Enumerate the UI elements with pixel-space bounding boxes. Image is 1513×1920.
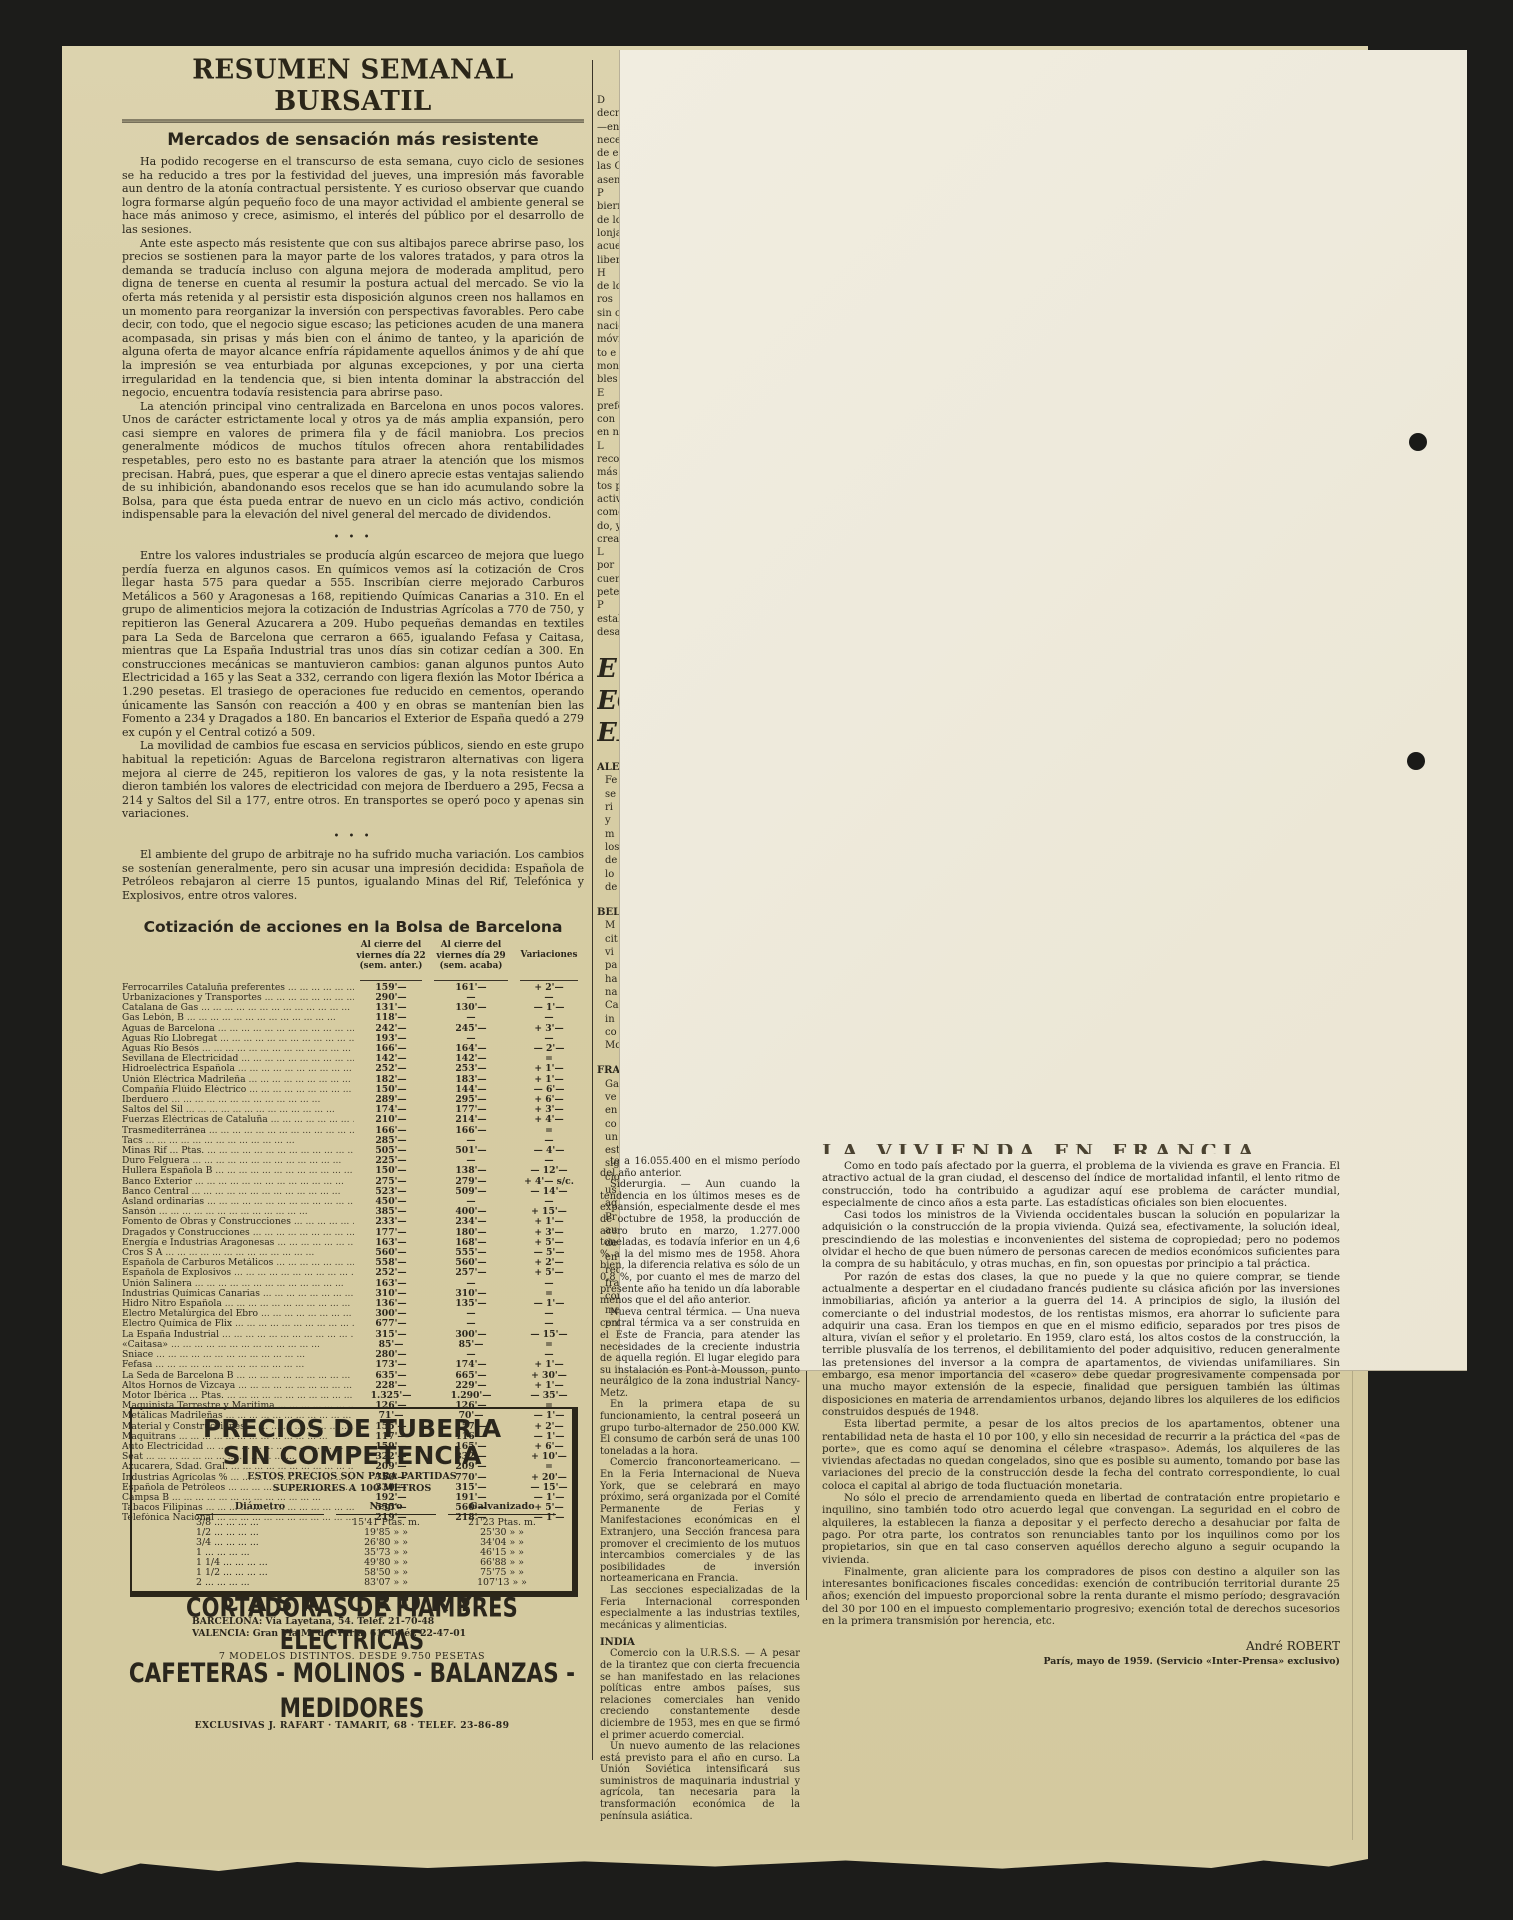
table-row: Saltos del Sil174'—177'—+ 3'— bbox=[122, 1105, 584, 1115]
cell-name: Catalana de Gas bbox=[122, 1003, 354, 1013]
table-row: «Caitasa»85'—85'—= bbox=[122, 1340, 584, 1350]
cell-name: Motor Ibérica ... Ptas. bbox=[122, 1391, 354, 1401]
paragraph: Comercio franconorteamericano. — En la F… bbox=[600, 1457, 800, 1585]
cell-name: Aguas Río Besós bbox=[122, 1044, 354, 1054]
cell-galv: 107'13 » » bbox=[442, 1578, 562, 1588]
paragraph: Ante este aspecto más resistente que con… bbox=[122, 237, 584, 400]
cell-name: Sevillana de Electricidad bbox=[122, 1054, 354, 1064]
table-row: Cros S A560'—555'—— 5'— bbox=[122, 1248, 584, 1258]
paragraph-text: En la primera etapa de su funcionamiento… bbox=[600, 1399, 800, 1456]
paragraph-text: En la Feria Internacional de Nueva York,… bbox=[600, 1469, 800, 1584]
table-row: Asland ordinarias450'——— bbox=[122, 1197, 584, 1207]
paragraph: Entre los valores industriales se produc… bbox=[122, 549, 584, 739]
paragraph: La atención principal vino centralizada … bbox=[122, 400, 584, 522]
table-row: Duro Felguera225'——— bbox=[122, 1156, 584, 1166]
cell-name: Urbanizaciones y Transportes bbox=[122, 993, 354, 1003]
table-row: Tacs285'——— bbox=[122, 1136, 584, 1146]
table-row: Fuerzas Eléctricas de Cataluña210'—214'—… bbox=[122, 1115, 584, 1125]
table-row: Unión Eléctrica Madrileña182'—183'—+ 1'— bbox=[122, 1075, 584, 1085]
cell-name: Gas Lebón, B bbox=[122, 1013, 354, 1023]
paragraph: El ambiente del grupo de arbitraje no ha… bbox=[122, 848, 584, 902]
cell-name: Banco Central bbox=[122, 1187, 354, 1197]
cell-name: Iberduero bbox=[122, 1095, 354, 1105]
table-row: Aguas de Barcelona242'—245'—+ 3'— bbox=[122, 1024, 584, 1034]
cell-name: Fomento de Obras y Construcciones bbox=[122, 1217, 354, 1227]
table-row: Trasmediterránea166'—166'—= bbox=[122, 1126, 584, 1136]
paragraph-text: Una nueva central térmica va a ser const… bbox=[600, 1307, 800, 1399]
slicer-advertisement: CORTADORAS DE FIAMBRES ELECTRICAS 7 MODE… bbox=[126, 1598, 578, 1731]
paragraph: te a 16.055.400 en el mismo período del … bbox=[600, 1156, 800, 1179]
pipe-row: 283'07 » »107'13 » » bbox=[190, 1578, 572, 1588]
header-prev-close: Al cierre del viernes día 22 (sem. anter… bbox=[354, 940, 428, 972]
stock-table-header: Al cierre del viernes día 22 (sem. anter… bbox=[122, 940, 584, 972]
paragraph-text: Las secciones especializadas de la Feria… bbox=[600, 1585, 800, 1631]
ad-subtitle-2: SUPERIORES A 100 METROS bbox=[132, 1483, 572, 1495]
table-row: Fomento de Obras y Construcciones233'—23… bbox=[122, 1217, 584, 1227]
table-row: Banco Central523'—509'—— 14'— bbox=[122, 1187, 584, 1197]
housing-article: Como en todo país afectado por la guerra… bbox=[822, 1160, 1340, 1667]
paragraph-lead: Siderurgia. — bbox=[610, 1179, 691, 1190]
paragraph: Ha podido recogerse en el transcurso de … bbox=[122, 155, 584, 237]
header-variation: Variaciones bbox=[514, 940, 584, 972]
table-row: Electro Metalúrgica del Ebro300'——— bbox=[122, 1309, 584, 1319]
cell-name: Aguas de Barcelona bbox=[122, 1024, 354, 1034]
section-label-india: INDIA bbox=[600, 1637, 800, 1648]
table-row: Compañía Flúido Eléctrico150'—144'—— 6'— bbox=[122, 1085, 584, 1095]
cell-name: Industrias Químicas Canarias bbox=[122, 1289, 354, 1299]
table-row: Hidro Nitro Española136'—135'—— 1'— bbox=[122, 1299, 584, 1309]
ad-subtitle-1: ESTOS PRECIOS SON PARA PARTIDAS bbox=[132, 1471, 572, 1483]
table-row: Fefasa173'—174'—+ 1'— bbox=[122, 1360, 584, 1370]
cell-negro: 83'07 » » bbox=[330, 1578, 442, 1588]
cell-name: Hidro Nitro Española bbox=[122, 1299, 354, 1309]
paragraph: Por razón de estas dos clases, la que no… bbox=[822, 1271, 1340, 1419]
paragraph: La movilidad de cambios fue escasa en se… bbox=[122, 739, 584, 821]
pipe-price-advertisement: PRECIOS DE TUBERIA SIN COMPETENCIA ESTOS… bbox=[130, 1407, 578, 1597]
cell-name: «Caitasa» bbox=[122, 1340, 354, 1350]
section-separator: • • • bbox=[122, 831, 584, 842]
masthead: RESUMEN SEMANAL BURSATIL bbox=[122, 54, 584, 122]
cell-name: Aguas Río Llobregat bbox=[122, 1034, 354, 1044]
header-last-close: Al cierre del viernes día 29 (sem. acaba… bbox=[428, 940, 514, 972]
torn-bottom-edge bbox=[62, 1850, 1368, 1880]
cell-name: Sansón bbox=[122, 1207, 354, 1217]
paragraph: En la primera etapa de su funcionamiento… bbox=[600, 1399, 800, 1457]
cell-name: Cros S A bbox=[122, 1248, 354, 1258]
table-row: Urbanizaciones y Transportes290'——— bbox=[122, 993, 584, 1003]
paragraph: Casi todos los ministros de la Vivienda … bbox=[822, 1209, 1340, 1270]
table-row: Altos Hornos de Vizcaya228'—229'—+ 1'— bbox=[122, 1381, 584, 1391]
table-row: Catalana de Gas131'—130'—— 1'— bbox=[122, 1003, 584, 1013]
cell-name: Duro Felguera bbox=[122, 1156, 354, 1166]
paragraph: Un nuevo aumento de las relaciones está … bbox=[600, 1741, 800, 1822]
paragraph: Comercio con la U.R.S.S. — A pesar de la… bbox=[600, 1648, 800, 1741]
cell-name: Saltos del Sil bbox=[122, 1105, 354, 1115]
section-separator: • • • bbox=[122, 532, 584, 543]
table-row: Iberduero289'—295'—+ 6'— bbox=[122, 1095, 584, 1105]
covered-headline: LA VIVIENDA EN FRANCIA bbox=[822, 1144, 1342, 1154]
cell-name: Sniace bbox=[122, 1350, 354, 1360]
paragraph: Como en todo país afectado por la guerra… bbox=[822, 1160, 1340, 1209]
paragraph-text: A pesar de la tirantez que con cierta fr… bbox=[600, 1648, 800, 1740]
paragraph-text: Aun cuando la tendencia en los últimos m… bbox=[600, 1179, 800, 1306]
header-rules bbox=[122, 976, 584, 983]
cell-name: La España Industrial bbox=[122, 1330, 354, 1340]
dateline: París, mayo de 1959. (Servicio «Inter-Pr… bbox=[822, 1656, 1340, 1667]
table-row: Hullera Española B150'—138'—— 12'— bbox=[122, 1166, 584, 1176]
cell-name: Dragados y Construcciones bbox=[122, 1228, 354, 1238]
cell-name: Altos Hornos de Vizcaya bbox=[122, 1381, 354, 1391]
paragraph: No sólo el precio de arrendamiento queda… bbox=[822, 1492, 1340, 1566]
ad-products-line: CAFETERAS - MOLINOS - BALANZAS - MEDIDOR… bbox=[126, 1657, 578, 1727]
table-row: Hidroeléctrica Española252'—253'—+ 1'— bbox=[122, 1064, 584, 1074]
cell-name: Tacs bbox=[122, 1136, 354, 1146]
table-row: Española de Carburos Metálicos558'—560'—… bbox=[122, 1258, 584, 1268]
paragraph: Siderurgia. — Aun cuando la tendencia en… bbox=[600, 1179, 800, 1307]
table-row: Ferrocarriles Cataluña preferentes159'—1… bbox=[122, 983, 584, 993]
header-name bbox=[122, 940, 354, 972]
cell-name: Energía e Industrias Aragonesas bbox=[122, 1238, 354, 1248]
cell-name: Unión Salinera bbox=[122, 1279, 354, 1289]
table-row: Dragados y Construcciones177'—180'—+ 3'— bbox=[122, 1228, 584, 1238]
paragraph: Nueva central térmica. — Una nueva centr… bbox=[600, 1307, 800, 1400]
stock-table-title: Cotización de acciones en la Bolsa de Ba… bbox=[122, 918, 584, 936]
table-row: Aguas Río Besós166'—164'—— 2'— bbox=[122, 1044, 584, 1054]
pipe-table-header: Diámetro Negro Galvanizado bbox=[190, 1501, 572, 1515]
article-body: Ha podido recogerse en el transcurso de … bbox=[122, 155, 584, 902]
pipe-table-body: 3/815'41 Ptas. m.21'23 Ptas. m.1/219'85 … bbox=[132, 1518, 572, 1588]
paragraph-text: Un nuevo aumento de las relaciones está … bbox=[600, 1741, 800, 1822]
table-row: Aguas Río Llobregat193'——— bbox=[122, 1034, 584, 1044]
cell-name: Hullera Española B bbox=[122, 1166, 354, 1176]
cell-name: Fuerzas Eléctricas de Cataluña bbox=[122, 1115, 354, 1125]
paragraph: Las secciones especializadas de la Feria… bbox=[600, 1585, 800, 1631]
cell-name: La Seda de Barcelona B bbox=[122, 1371, 354, 1381]
stock-market-article: RESUMEN SEMANAL BURSATIL Mercados de sen… bbox=[122, 56, 584, 1524]
table-row: La Seda de Barcelona B635'—665'—+ 30'— bbox=[122, 1371, 584, 1381]
cell-name: Asland ordinarias bbox=[122, 1197, 354, 1207]
economic-news-column: te a 16.055.400 en el mismo período del … bbox=[600, 1156, 800, 1822]
table-row: Minas Rif ... Ptas.505'—501'—— 4'— bbox=[122, 1146, 584, 1156]
table-row: Gas Lebón, B118'——— bbox=[122, 1013, 584, 1023]
author-byline: André ROBERT bbox=[822, 1639, 1340, 1653]
table-row: Española de Explosivos252'—257'—+ 5'— bbox=[122, 1268, 584, 1278]
cell-name: Ferrocarriles Cataluña preferentes bbox=[122, 983, 354, 993]
table-row: Sevillana de Electricidad142'—142'—= bbox=[122, 1054, 584, 1064]
cell-name: Española de Explosivos bbox=[122, 1268, 354, 1278]
table-row: Sniace280'——— bbox=[122, 1350, 584, 1360]
paragraph: Finalmente, gran aliciente para los comp… bbox=[822, 1566, 1340, 1627]
cell-name: Hidroeléctrica Española bbox=[122, 1064, 354, 1074]
ad-title-line-2: SIN COMPETENCIA bbox=[132, 1442, 572, 1469]
cell-last: 174'— bbox=[428, 1360, 514, 1370]
cell-dia: 2 bbox=[190, 1578, 330, 1588]
punch-hole bbox=[1409, 433, 1427, 451]
cell-name: Fefasa bbox=[122, 1360, 354, 1370]
table-row: Sansón385'—400'—+ 15'— bbox=[122, 1207, 584, 1217]
paragraph-lead: Comercio con la U.R.S.S. — bbox=[610, 1648, 755, 1659]
table-row: Electro Química de Flix677'——— bbox=[122, 1319, 584, 1329]
cell-name: Electro Química de Flix bbox=[122, 1319, 354, 1329]
table-row: La España Industrial315'—300'—— 15'— bbox=[122, 1330, 584, 1340]
cell-name: Española de Carburos Metálicos bbox=[122, 1258, 354, 1268]
paragraph: Esta libertad permite, a pesar de los al… bbox=[822, 1418, 1340, 1492]
table-row: Banco Exterior275'—279'—+ 4'— s/c. bbox=[122, 1177, 584, 1187]
paragraph-text: te a 16.055.400 en el mismo período del … bbox=[600, 1156, 800, 1179]
article-subhead: Mercados de sensación más resistente bbox=[122, 129, 584, 151]
table-row: Unión Salinera163'——— bbox=[122, 1279, 584, 1289]
cell-var: + 1'— bbox=[514, 1360, 584, 1370]
table-row: Motor Ibérica ... Ptas.1.325'—1.290'—— 3… bbox=[122, 1391, 584, 1401]
cell-prev: 173'— bbox=[354, 1360, 428, 1370]
header-diameter: Diámetro bbox=[196, 1501, 324, 1515]
paragraph-lead: Comercio franconorteamericano. — bbox=[610, 1457, 800, 1468]
header-galvanized: Galvanizado bbox=[448, 1501, 556, 1515]
table-row: Energía e Industrias Aragonesas163'—168'… bbox=[122, 1238, 584, 1248]
cell-name: Trasmediterránea bbox=[122, 1126, 354, 1136]
column-divider bbox=[592, 60, 593, 1760]
punch-hole bbox=[1407, 752, 1425, 770]
paragraph-lead: Nueva central térmica. — bbox=[610, 1307, 741, 1318]
cell-name: Banco Exterior bbox=[122, 1177, 354, 1187]
header-black: Negro bbox=[336, 1501, 436, 1515]
cell-name: Electro Metalúrgica del Ebro bbox=[122, 1309, 354, 1319]
cell-name: Unión Eléctrica Madrileña bbox=[122, 1075, 354, 1085]
ad-headline: CORTADORAS DE FIAMBRES ELECTRICAS bbox=[126, 1592, 578, 1657]
cell-name: Minas Rif ... Ptas. bbox=[122, 1146, 354, 1156]
cell-name: Compañía Flúido Eléctrico bbox=[122, 1085, 354, 1095]
ad-title-line-1: PRECIOS DE TUBERIA bbox=[132, 1415, 572, 1442]
table-row: Industrias Químicas Canarias310'—310'—= bbox=[122, 1289, 584, 1299]
